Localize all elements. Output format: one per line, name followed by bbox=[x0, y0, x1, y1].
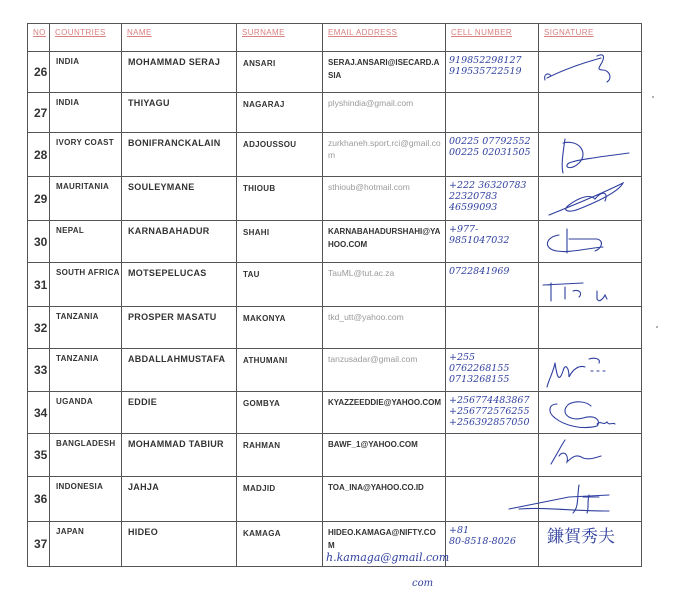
cell-number-cell: 00225 07792552 00225 02031505 bbox=[446, 133, 539, 177]
name-cell: Souleymane bbox=[122, 177, 237, 221]
row-number: 35 bbox=[28, 434, 50, 477]
surname: Tau bbox=[237, 263, 322, 279]
name-cell: Jahja bbox=[122, 477, 237, 522]
signature-cell bbox=[539, 177, 642, 221]
row-number: 27 bbox=[28, 93, 50, 133]
signature-scribble-icon bbox=[539, 434, 642, 477]
country: Indonesia bbox=[50, 477, 121, 491]
first-name: Prosper masatu bbox=[122, 307, 236, 322]
cell-number-cell bbox=[446, 434, 539, 477]
row-number: 34 bbox=[28, 392, 50, 434]
email: tanzusadar@gmail.com bbox=[323, 349, 445, 365]
cell-number: +256774483867 +256772576255 +25639285705… bbox=[446, 392, 538, 428]
country: Uganda bbox=[50, 392, 121, 406]
email: KARNABAHADURSHAHI@YAHOO.COM bbox=[323, 221, 445, 251]
signature-scribble-icon bbox=[539, 477, 642, 522]
table-row: 32 Tanzania Prosper masatu Makonya tkd_u… bbox=[28, 307, 642, 349]
surname-cell: Ansari bbox=[237, 52, 323, 93]
email-cell: TOA_INA@YAHOO.CO.ID bbox=[323, 477, 446, 522]
signature-scribble-icon bbox=[539, 349, 642, 392]
signature-cell bbox=[539, 133, 642, 177]
country-cell: Indonesia bbox=[50, 477, 122, 522]
signature-cell bbox=[539, 477, 642, 522]
country: South africa bbox=[50, 263, 121, 277]
email: HIDEO.KAMAGA@NIFTY.COM bbox=[323, 522, 445, 552]
name-cell: KarnaBahadur bbox=[122, 221, 237, 263]
email-cell: KYAZZEEDDIE@YAHOO.COM bbox=[323, 392, 446, 434]
cell-number-cell: +977- 9851047032 bbox=[446, 221, 539, 263]
cell-number: +977- 9851047032 bbox=[446, 221, 538, 246]
email: sthioub@hotmail.com bbox=[323, 177, 445, 193]
country-cell: Bangladesh bbox=[50, 434, 122, 477]
header-signature: Signature bbox=[539, 24, 642, 52]
signature-cell: 鎌賀秀夫 bbox=[539, 522, 642, 567]
first-name: Motsepelucas bbox=[122, 263, 236, 278]
signature-scribble-icon bbox=[539, 52, 642, 93]
email-cell: KARNABAHADURSHAHI@YAHOO.COM bbox=[323, 221, 446, 263]
name-cell: Prosper masatu bbox=[122, 307, 237, 349]
table-row: 26 India Mohammad seraj Ansari SERAJ.ANS… bbox=[28, 52, 642, 93]
cell-number-cell bbox=[446, 477, 539, 522]
header-surname: Surname bbox=[237, 24, 323, 52]
surname-cell: Athumani bbox=[237, 349, 323, 392]
cell-number bbox=[446, 434, 538, 437]
country-cell: India bbox=[50, 52, 122, 93]
signature-cell bbox=[539, 221, 642, 263]
signature-scribble-icon bbox=[539, 263, 642, 307]
cell-number bbox=[446, 477, 538, 480]
country-cell: Mauritania bbox=[50, 177, 122, 221]
cell-number: 0722841969 bbox=[446, 263, 538, 277]
cell-number: +81 80-8518-8026 bbox=[446, 522, 538, 547]
email: TauML@tut.ac.za bbox=[323, 263, 445, 279]
surname: Adjoussou bbox=[237, 133, 322, 149]
email: zurkhaneh.sport.rci@gmail.com bbox=[323, 133, 445, 161]
first-name: Abdallahmustafa bbox=[122, 349, 236, 364]
surname-cell: Madjid bbox=[237, 477, 323, 522]
email: SERAJ.ANSARI@ISECARD.ASIA bbox=[323, 52, 445, 82]
row-number: 31 bbox=[28, 263, 50, 307]
name-cell: Hideo bbox=[122, 522, 237, 567]
table-row: 30 Nepal KarnaBahadur Shahi KARNABAHADUR… bbox=[28, 221, 642, 263]
header-name: Name bbox=[122, 24, 237, 52]
signature-scribble-icon bbox=[539, 133, 642, 177]
surname: Rahman bbox=[237, 434, 322, 450]
surname-cell: Makonya bbox=[237, 307, 323, 349]
handwritten-email-continuation: com bbox=[412, 578, 433, 589]
signature-cell bbox=[539, 263, 642, 307]
country-cell: Uganda bbox=[50, 392, 122, 434]
signature-cell bbox=[539, 52, 642, 93]
signature-cell bbox=[539, 434, 642, 477]
cell-number-cell bbox=[446, 307, 539, 349]
header-row: No Countries Name Surname Email address … bbox=[28, 24, 642, 52]
header-countries: Countries bbox=[50, 24, 122, 52]
signature: 鎌賀秀夫 bbox=[539, 522, 641, 543]
table-row: 33 Tanzania Abdallahmustafa Athumani tan… bbox=[28, 349, 642, 392]
surname: Athumani bbox=[237, 349, 322, 365]
table-row: 37 Japan Hideo Kamaga HIDEO.KAMAGA@NIFTY… bbox=[28, 522, 642, 567]
email-cell: tanzusadar@gmail.com bbox=[323, 349, 446, 392]
header-surname-label: Surname bbox=[237, 24, 322, 37]
name-cell: Abdallahmustafa bbox=[122, 349, 237, 392]
header-name-label: Name bbox=[122, 24, 236, 37]
country-cell: Tanzania bbox=[50, 349, 122, 392]
header-signature-label: Signature bbox=[539, 24, 641, 37]
row-number: 33 bbox=[28, 349, 50, 392]
first-name: Mohammad tabiur bbox=[122, 434, 236, 449]
email-cell: HIDEO.KAMAGA@NIFTY.COMh.kamaga@gmail.com bbox=[323, 522, 446, 567]
first-name: Bonifranckalain bbox=[122, 133, 236, 148]
email-cell: tkd_utt@yahoo.com bbox=[323, 307, 446, 349]
signature-scribble-icon bbox=[539, 392, 642, 434]
first-name: Eddie bbox=[122, 392, 236, 407]
surname: Gombya bbox=[237, 392, 322, 408]
first-name: Thiyagu bbox=[122, 93, 236, 108]
signature-cell bbox=[539, 93, 642, 133]
table-row: 29 Mauritania Souleymane Thioub sthioub@… bbox=[28, 177, 642, 221]
first-name: Mohammad seraj bbox=[122, 52, 236, 67]
country: Mauritania bbox=[50, 177, 121, 191]
surname-cell: Kamaga bbox=[237, 522, 323, 567]
country-cell: Nepal bbox=[50, 221, 122, 263]
row-number: 28 bbox=[28, 133, 50, 177]
row-number: 36 bbox=[28, 477, 50, 522]
email: plyshindia@gmail.com bbox=[323, 93, 445, 109]
cell-number: +255 0762268155 0713268155 bbox=[446, 349, 538, 385]
surname-cell: Adjoussou bbox=[237, 133, 323, 177]
surname: Thioub bbox=[237, 177, 322, 193]
email: TOA_INA@YAHOO.CO.ID bbox=[323, 477, 445, 494]
surname-cell: Shahi bbox=[237, 221, 323, 263]
country: Tanzania bbox=[50, 307, 121, 321]
header-email-label: Email address bbox=[323, 24, 445, 37]
table-row: 36 Indonesia Jahja Madjid TOA_INA@YAHOO.… bbox=[28, 477, 642, 522]
cell-number-cell bbox=[446, 93, 539, 133]
signature-cell bbox=[539, 349, 642, 392]
surname: Makonya bbox=[237, 307, 322, 323]
country: Nepal bbox=[50, 221, 121, 235]
table-row: 35 Bangladesh Mohammad tabiur Rahman BAW… bbox=[28, 434, 642, 477]
country-cell: India bbox=[50, 93, 122, 133]
surname-cell: Thioub bbox=[237, 177, 323, 221]
email-cell: sthioub@hotmail.com bbox=[323, 177, 446, 221]
cell-number-cell: 919852298127 919535722519 bbox=[446, 52, 539, 93]
surname: Nagaraj bbox=[237, 93, 322, 109]
signature-cell bbox=[539, 392, 642, 434]
email-cell: plyshindia@gmail.com bbox=[323, 93, 446, 133]
email-cell: SERAJ.ANSARI@ISECARD.ASIA bbox=[323, 52, 446, 93]
surname-cell: Rahman bbox=[237, 434, 323, 477]
country-cell: Tanzania bbox=[50, 307, 122, 349]
header-cell: Cell Number bbox=[446, 24, 539, 52]
header-no-label: No bbox=[28, 24, 49, 37]
surname-cell: Nagaraj bbox=[237, 93, 323, 133]
cell-number-cell: +255 0762268155 0713268155 bbox=[446, 349, 539, 392]
surname: Shahi bbox=[237, 221, 322, 237]
name-cell: Eddie bbox=[122, 392, 237, 434]
registration-table: No Countries Name Surname Email address … bbox=[27, 23, 642, 567]
cell-number: +222 36320783 22320783 46599093 bbox=[446, 177, 538, 213]
row-number: 26 bbox=[28, 52, 50, 93]
table-row: 27 India Thiyagu Nagaraj plyshindia@gmai… bbox=[28, 93, 642, 133]
cell-number-cell: +81 80-8518-8026 bbox=[446, 522, 539, 567]
email: KYAZZEEDDIE@YAHOO.COM bbox=[323, 392, 445, 409]
header-countries-label: Countries bbox=[50, 24, 121, 37]
table-body: 26 India Mohammad seraj Ansari SERAJ.ANS… bbox=[28, 52, 642, 567]
first-name: Jahja bbox=[122, 477, 236, 492]
country-cell: Ivory coast bbox=[50, 133, 122, 177]
surname: Madjid bbox=[237, 477, 322, 493]
name-cell: Thiyagu bbox=[122, 93, 237, 133]
signature-scribble-icon bbox=[539, 177, 642, 221]
name-cell: Mohammad seraj bbox=[122, 52, 237, 93]
name-cell: Motsepelucas bbox=[122, 263, 237, 307]
header-cell-label: Cell Number bbox=[446, 24, 538, 37]
name-cell: Bonifranckalain bbox=[122, 133, 237, 177]
country: Japan bbox=[50, 522, 121, 536]
surname: Ansari bbox=[237, 52, 322, 68]
row-number: 29 bbox=[28, 177, 50, 221]
header-email: Email address bbox=[323, 24, 446, 52]
country: India bbox=[50, 52, 121, 66]
cell-number bbox=[446, 307, 538, 310]
email-cell: BAWF_1@YAHOO.COM bbox=[323, 434, 446, 477]
row-number: 30 bbox=[28, 221, 50, 263]
scan-speck bbox=[652, 96, 654, 98]
table-row: 28 Ivory coast Bonifranckalain Adjoussou… bbox=[28, 133, 642, 177]
signature-cell bbox=[539, 307, 642, 349]
first-name: Souleymane bbox=[122, 177, 236, 192]
email: tkd_utt@yahoo.com bbox=[323, 307, 445, 323]
country: India bbox=[50, 93, 121, 107]
first-name: KarnaBahadur bbox=[122, 221, 236, 236]
row-number: 32 bbox=[28, 307, 50, 349]
scan-speck bbox=[656, 326, 658, 328]
email-cell: zurkhaneh.sport.rci@gmail.com bbox=[323, 133, 446, 177]
country-cell: Japan bbox=[50, 522, 122, 567]
country: Tanzania bbox=[50, 349, 121, 363]
first-name: Hideo bbox=[122, 522, 236, 537]
cell-number-cell: +222 36320783 22320783 46599093 bbox=[446, 177, 539, 221]
cell-number-cell: 0722841969 bbox=[446, 263, 539, 307]
cell-number bbox=[446, 93, 538, 96]
country-cell: South africa bbox=[50, 263, 122, 307]
email-cell: TauML@tut.ac.za bbox=[323, 263, 446, 307]
country: Bangladesh bbox=[50, 434, 121, 448]
cell-number-cell: +256774483867 +256772576255 +25639285705… bbox=[446, 392, 539, 434]
surname-cell: Tau bbox=[237, 263, 323, 307]
cell-number: 919852298127 919535722519 bbox=[446, 52, 538, 77]
table-row: 31 South africa Motsepelucas Tau TauML@t… bbox=[28, 263, 642, 307]
cell-number: 00225 07792552 00225 02031505 bbox=[446, 133, 538, 158]
row-number: 37 bbox=[28, 522, 50, 567]
surname-cell: Gombya bbox=[237, 392, 323, 434]
surname: Kamaga bbox=[237, 522, 322, 538]
handwritten-email: h.kamaga@gmail.com bbox=[323, 552, 445, 563]
name-cell: Mohammad tabiur bbox=[122, 434, 237, 477]
email: BAWF_1@YAHOO.COM bbox=[323, 434, 445, 451]
signature-kanji: 鎌賀秀夫 bbox=[539, 522, 641, 543]
country: Ivory coast bbox=[50, 133, 121, 147]
header-no: No bbox=[28, 24, 50, 52]
signature-scribble-icon bbox=[539, 221, 642, 263]
table-row: 34 Uganda Eddie Gombya KYAZZEEDDIE@YAHOO… bbox=[28, 392, 642, 434]
